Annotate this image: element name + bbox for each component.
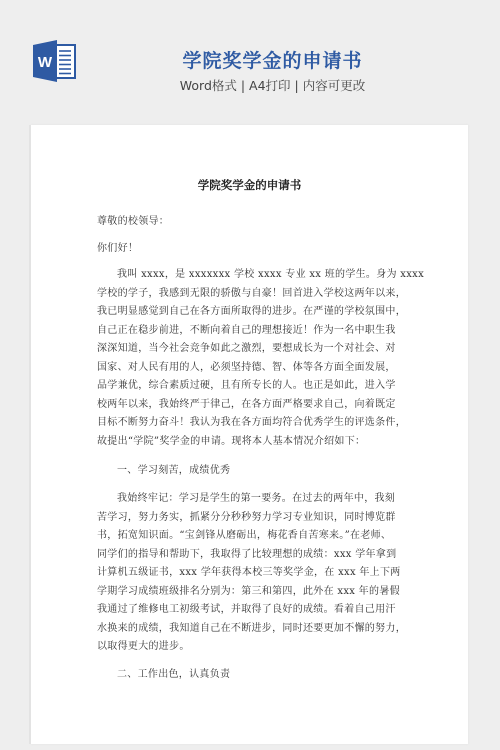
- paragraph-line: 深深知道，当今社会竞争如此之激烈，要想成长为一个对社会、对: [97, 339, 402, 354]
- header: W 学院奖学金的申请书 Word格式 | A4打印 | 内容可更改: [0, 0, 500, 125]
- paragraph-line: 以取得更大的进步。: [97, 637, 402, 652]
- header-subtitle: Word格式 | A4打印 | 内容可更改: [0, 76, 500, 94]
- paragraph-line: 学期学习成绩班级排名分别为：第三和第四，此外在 xxx 年的暑假: [97, 582, 402, 597]
- paragraph-line: 我叫 xxxx，是 xxxxxxx 学校 xxxx 专业 xx 班的学生。身为 …: [117, 265, 422, 280]
- paragraph-line: 苦学习，努力务实，抓紧分分秒秒努力学习专业知识，同时博览群: [97, 508, 402, 523]
- paragraph-line: 我已明显感觉到自己在各方面所取得的进步。在严谨的学校氛围中，: [97, 302, 402, 317]
- paragraph-line: 我始终牢记：学习是学生的第一要务。在过去的两年中，我刻: [117, 489, 422, 504]
- section-heading-1: 一、学习刻苦，成绩优秀: [117, 461, 422, 476]
- paragraph-line: 故提出“学院”奖学金的申请。现将本人基本情况介绍如下：: [97, 432, 402, 447]
- paragraph-line: 校两年以来，我始终严于律己，在各方面严格要求自己，向着既定: [97, 395, 402, 410]
- paragraph-line: 书，拓宽知识面。“宝剑锋从磨砺出，梅花香自苦寒来。”在老师、: [97, 526, 402, 541]
- paragraph-line: 计算机五级证书，xxx 学年获得本校三等奖学金，在 xxx 年上下两: [97, 563, 402, 578]
- greeting: 你们好！: [97, 239, 402, 254]
- paragraph-line: 国家、对人民有用的人，必须坚持德、智、体等各方面全面发展，: [97, 358, 402, 373]
- document-title: 学院奖学金的申请书: [31, 177, 468, 193]
- section-heading-2: 二、工作出色，认真负责: [117, 665, 422, 680]
- paragraph-line: 同学们的指导和帮助下，我取得了比较理想的成绩：xxx 学年拿到: [97, 545, 402, 560]
- document-page: 学院奖学金的申请书 尊敬的校领导： 你们好！ 我叫 xxxx，是 xxxxxxx…: [31, 125, 468, 744]
- paragraph-line: 目标不断努力奋斗！我认为我在各方面均符合优秀学生的评选条件，: [97, 413, 402, 428]
- paragraph-line: 水换来的成绩，我知道自己在不断进步，同时还要更加不懈的努力，: [97, 619, 402, 634]
- paragraph-line: 我通过了维修电工初级考试，并取得了良好的成绩。看着自己用汗: [97, 600, 402, 615]
- paragraph-line: 学校的学子，我感到无限的骄傲与自豪！回首进入学校这两年以来，: [97, 284, 402, 299]
- paragraph-line: 自己正在稳步前进，不断向着自己的理想接近！作为一名中职生我: [97, 321, 402, 336]
- header-title: 学院奖学金的申请书: [0, 46, 500, 73]
- salutation: 尊敬的校领导：: [97, 212, 402, 227]
- paragraph-line: 品学兼优，综合素质过硬，且有所专长的人。也正是如此，进入学: [97, 376, 402, 391]
